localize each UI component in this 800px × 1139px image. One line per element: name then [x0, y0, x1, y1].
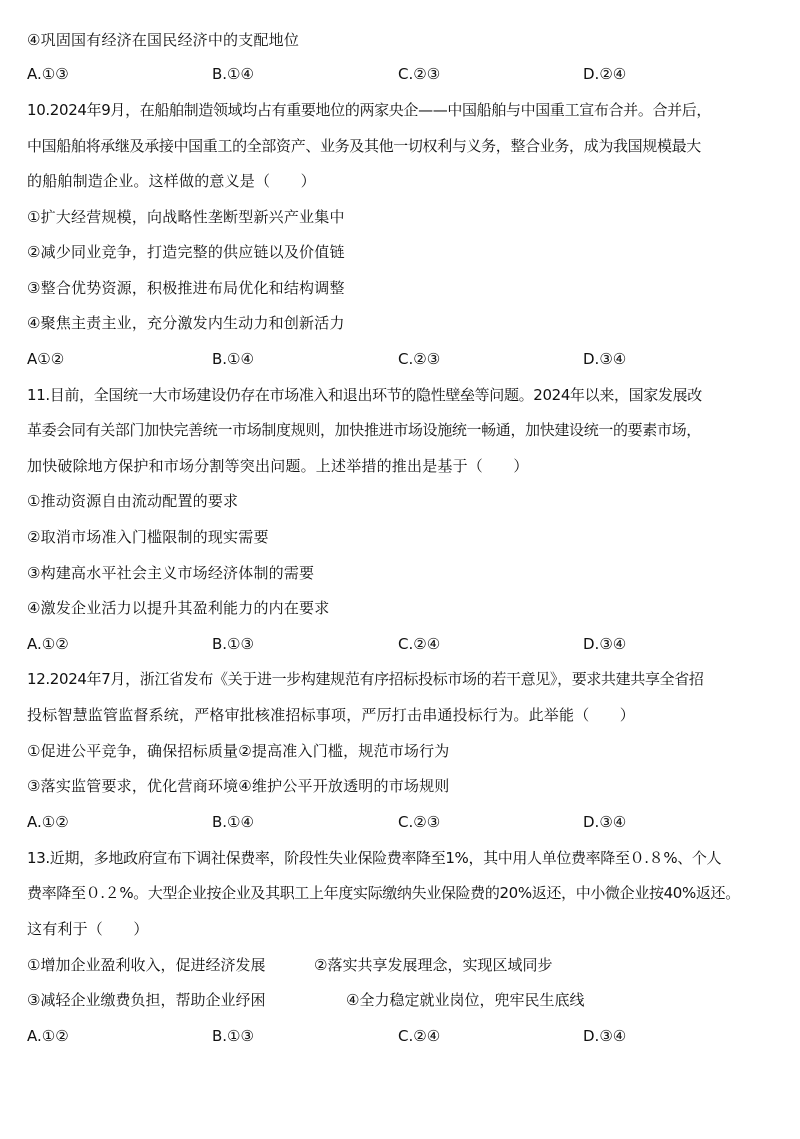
q13-statements-row-1: ①增加企业盈利收入，促进经济发展 ②落实共享发展理念，实现区域同步 — [0, 955, 800, 975]
q11-statement-3: ③构建高水平社会主义市场经济体制的需要 — [27, 563, 314, 583]
q13-option-c: C.②④ — [398, 1026, 440, 1046]
q13-statement-2: ②落实共享发展理念，实现区域同步 — [314, 955, 552, 975]
q13-statement-3: ③减轻企业缴费负担，帮助企业纾困 — [27, 990, 265, 1010]
q13-stem-line-1: 13.近期，多地政府宣布下调社保费率，阶段性失业保险费率降至1%，其中用人单位费… — [27, 848, 721, 868]
q10-option-b: B.①④ — [212, 349, 254, 369]
q11-option-c: C.②④ — [398, 634, 440, 654]
q12-option-d: D.③④ — [583, 812, 626, 832]
q12-option-c: C.②③ — [398, 812, 440, 832]
q11-option-a: A.①② — [27, 634, 69, 654]
q10-option-d: D.③④ — [583, 349, 626, 369]
q11-stem-line-1: 11.目前，全国统一大市场建设仍存在市场准入和退出环节的隐性壁垒等问题。2024… — [27, 385, 702, 405]
q13-option-d: D.③④ — [583, 1026, 626, 1046]
q9-option-a: A.①③ — [27, 64, 69, 84]
q12-option-a: A.①② — [27, 812, 69, 832]
q10-options: A①② B.①④ C.②③ D.③④ — [0, 349, 800, 369]
q13-stem-line-3: 这有利于（ ） — [27, 919, 149, 939]
q11-options: A.①② B.①③ C.②④ D.③④ — [0, 634, 800, 654]
q9-option-d: D.②④ — [583, 64, 626, 84]
q11-statement-1: ①推动资源自由流动配置的要求 — [27, 491, 238, 511]
q11-statement-2: ②取消市场准入门槛限制的现实需要 — [27, 527, 269, 547]
q9-statement-4: ④巩固国有经济在国民经济中的支配地位 — [27, 30, 299, 50]
q10-statement-4: ④聚焦主责主业，充分激发内生动力和创新活力 — [27, 313, 345, 333]
q13-statement-1: ①增加企业盈利收入，促进经济发展 — [27, 955, 265, 975]
q10-option-a: A①② — [27, 349, 64, 369]
q11-option-b: B.①③ — [212, 634, 254, 654]
q10-stem-line-1: 10.2024年9月，在船舶制造领域均占有重要地位的两家央企——中国船舶与中国重… — [27, 100, 711, 120]
q9-option-b: B.①④ — [212, 64, 254, 84]
q11-stem-line-2: 革委会同有关部门加快完善统一市场制度规则，加快推进市场设施统一畅通，加快建设统一… — [27, 420, 701, 440]
q9-options: A.①③ B.①④ C.②③ D.②④ — [0, 64, 800, 84]
q10-statement-3: ③整合优势资源，积极推进布局优化和结构调整 — [27, 278, 345, 298]
q12-stem-line-1: 12.2024年7月，浙江省发布《关于进一步构建规范有序招标投标市场的若干意见》… — [27, 669, 704, 689]
q12-options: A.①② B.①④ C.②③ D.③④ — [0, 812, 800, 832]
q12-statement-line-1: ①促进公平竞争，确保招标质量②提高准入门槛，规范市场行为 — [27, 741, 450, 761]
q11-statement-4: ④激发企业活力以提升其盈利能力的内在要求 — [27, 598, 329, 618]
q11-option-d: D.③④ — [583, 634, 626, 654]
q10-stem-line-2: 中国船舶将承继及承接中国重工的全部资产、业务及其他一切权利与义务，整合业务，成为… — [27, 136, 701, 156]
q12-stem-line-2: 投标智慧监管监督系统，严格审批核准招标事项，严厉打击串通投标行为。此举能（ ） — [27, 705, 635, 725]
q10-stem-line-3: 的船舶制造企业。这样做的意义是（ ） — [27, 171, 316, 191]
q13-options: A.①② B.①③ C.②④ D.③④ — [0, 1026, 800, 1046]
exam-page: ④巩固国有经济在国民经济中的支配地位 A.①③ B.①④ C.②③ D.②④ 1… — [0, 0, 800, 1139]
q11-stem-line-3: 加快破除地方保护和市场分割等突出问题。上述举措的推出是基于（ ） — [27, 456, 529, 476]
q13-statement-4: ④全力稳定就业岗位，兜牢民生底线 — [346, 990, 584, 1010]
q13-statements-row-2: ③减轻企业缴费负担，帮助企业纾困 ④全力稳定就业岗位，兜牢民生底线 — [0, 990, 800, 1010]
q13-stem-line-2: 费率降至０.２%。大型企业按企业及其职工上年度实际缴纳失业保险费的20%返还，中… — [27, 883, 740, 903]
q13-option-a: A.①② — [27, 1026, 69, 1046]
q12-statement-line-2: ③落实监管要求，优化营商环境④维护公平开放透明的市场规则 — [27, 776, 450, 796]
q10-statement-2: ②减少同业竞争，打造完整的供应链以及价值链 — [27, 242, 345, 262]
q10-statement-1: ①扩大经营规模，向战略性垄断型新兴产业集中 — [27, 207, 345, 227]
q12-option-b: B.①④ — [212, 812, 254, 832]
q10-option-c: C.②③ — [398, 349, 440, 369]
q9-option-c: C.②③ — [398, 64, 440, 84]
q13-option-b: B.①③ — [212, 1026, 254, 1046]
